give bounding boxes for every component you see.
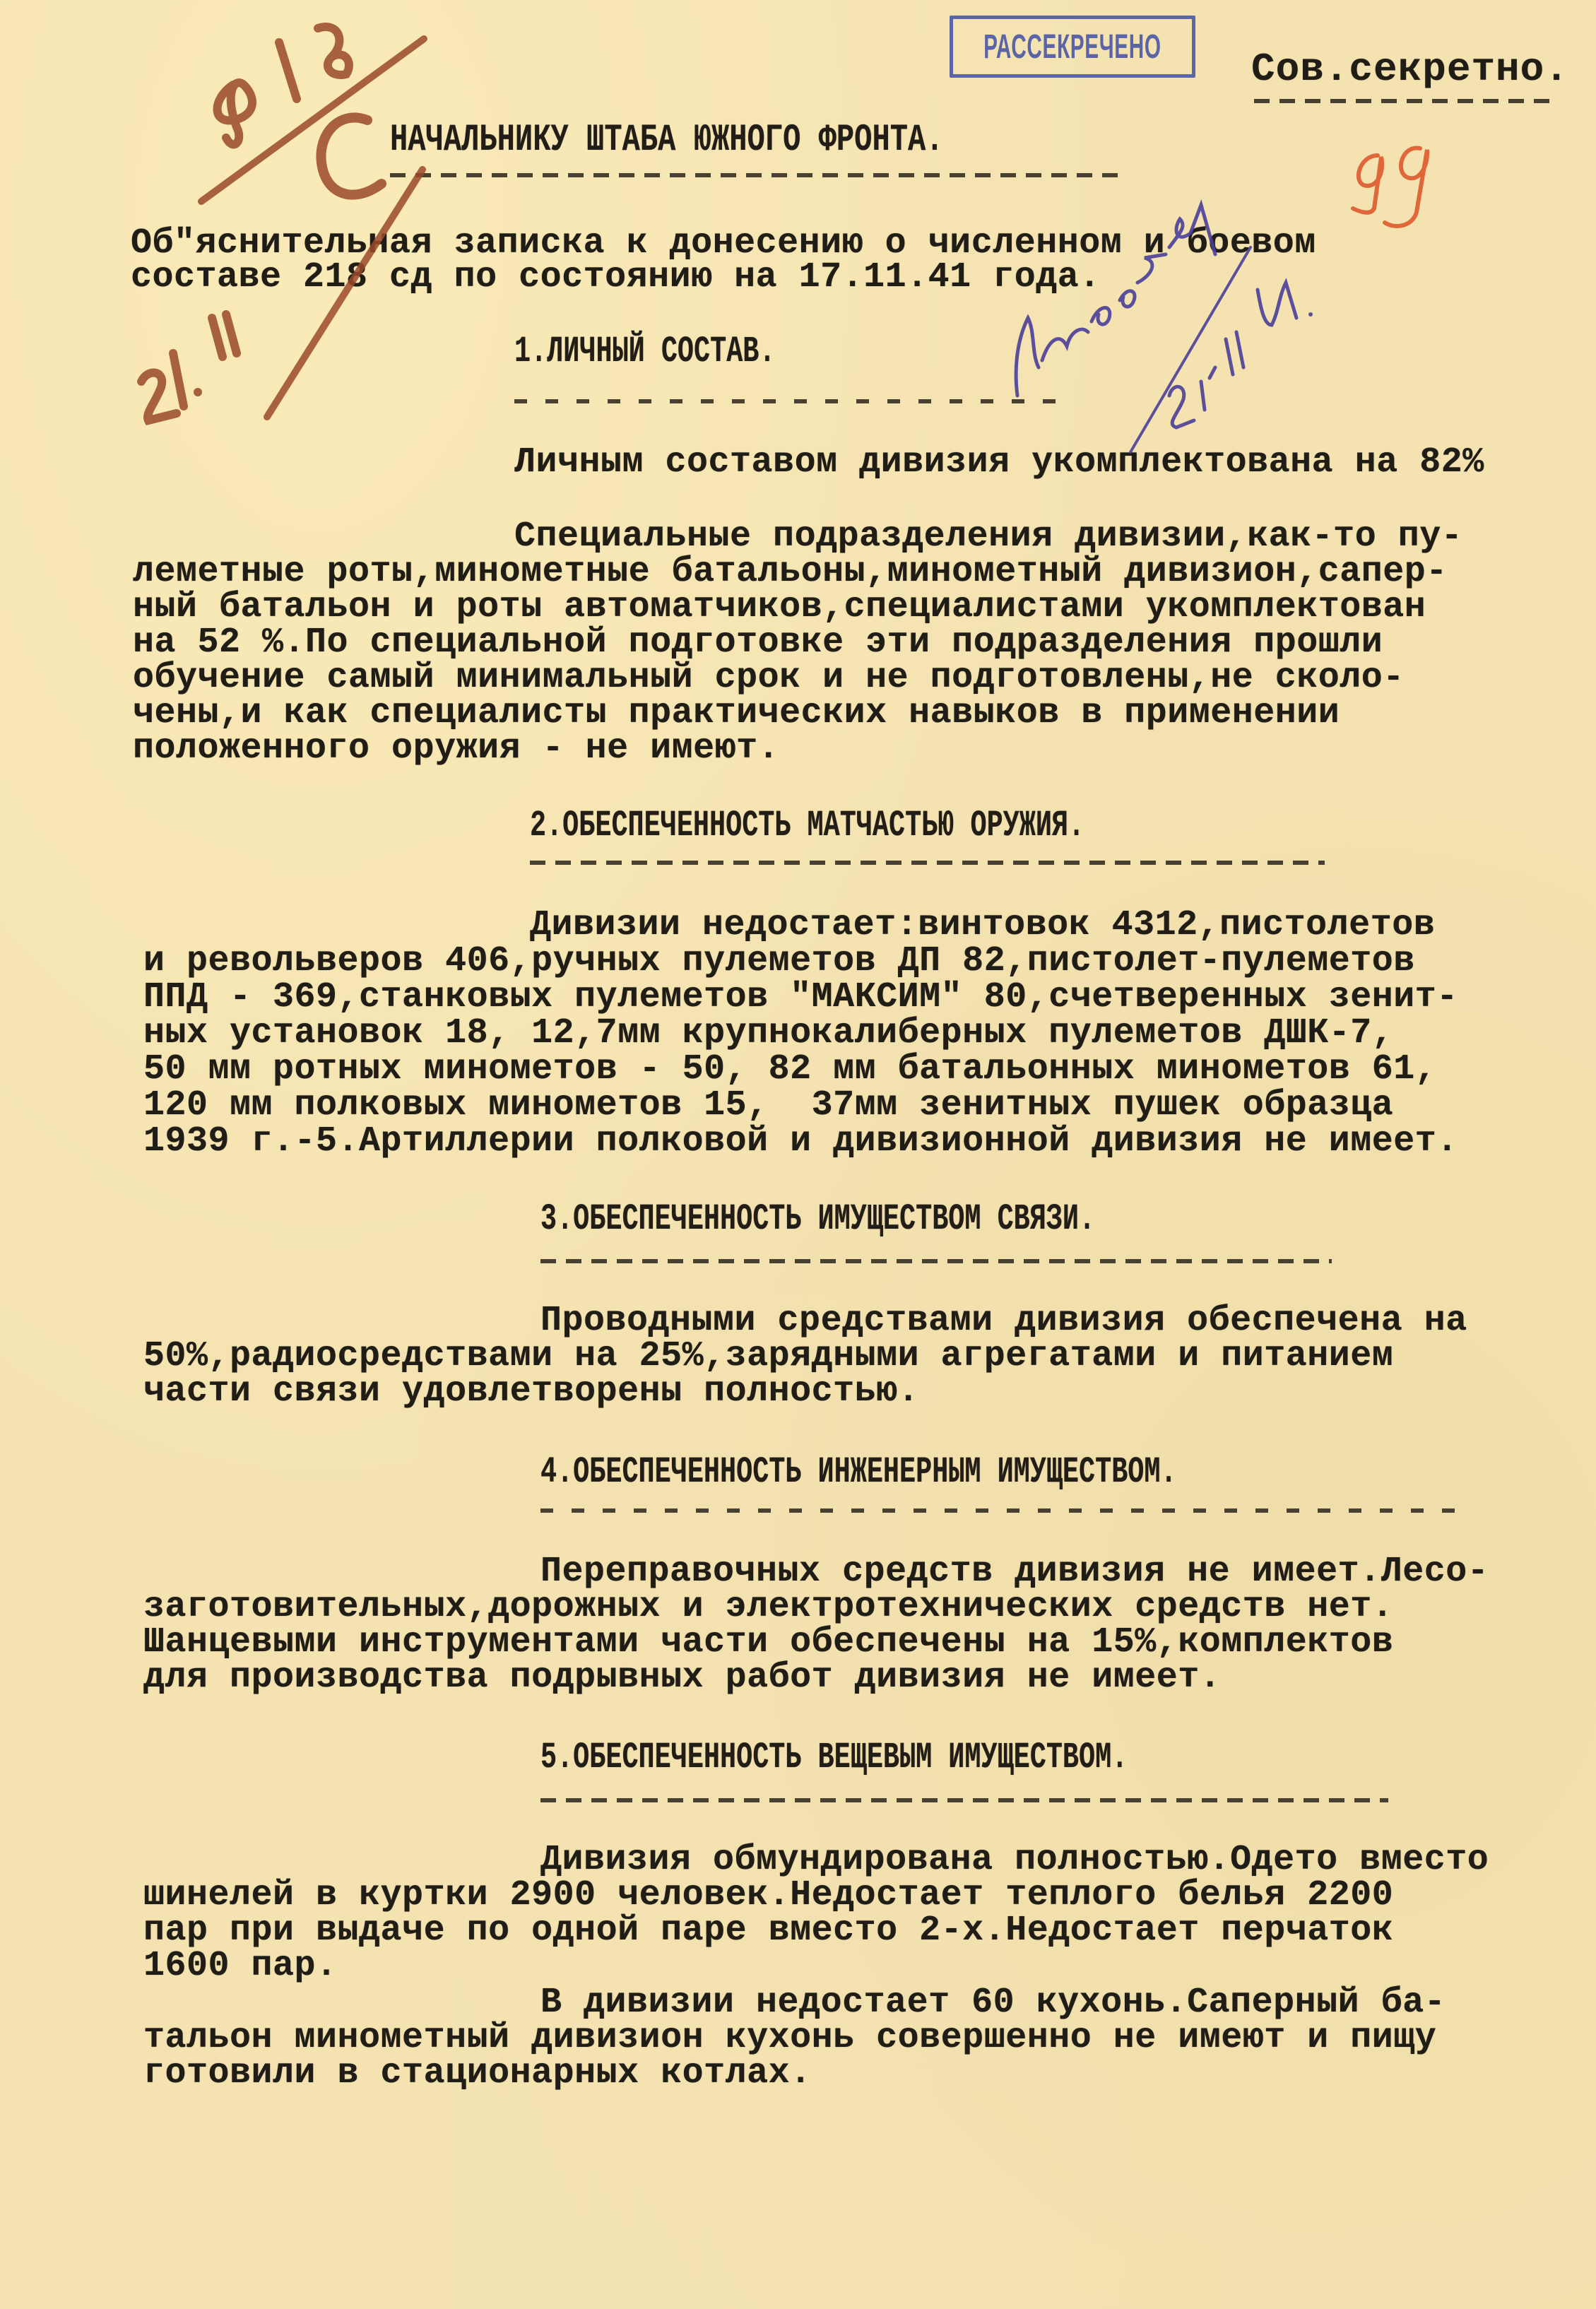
pencil-margin-date-mark bbox=[141, 314, 237, 420]
section-heading-underline bbox=[540, 1508, 1459, 1513]
body-text-line: для производства подрывных работ дивизия… bbox=[143, 1660, 1221, 1696]
body-text-line: 120 мм полковых минометов 15, 37мм зенит… bbox=[143, 1088, 1393, 1123]
body-text-line: В дивизии недостает 60 кухонь.Саперный б… bbox=[540, 1985, 1446, 2021]
body-text-line: 50%,радиосредствами на 25%,зарядными агр… bbox=[143, 1339, 1393, 1374]
body-text-line: готовили в стационарных котлах. bbox=[143, 2056, 812, 2091]
body-text-line: 50 мм ротных минометов - 50, 82 мм батал… bbox=[143, 1052, 1436, 1087]
intro-line-2: составе 218 сд по состоянию на 17.11.41 … bbox=[131, 260, 1101, 295]
body-text-line: Переправочных средств дивизия не имеет.Л… bbox=[540, 1554, 1489, 1590]
addressee-title: НАЧАЛЬНИКУ ШТАБА ЮЖНОГО ФРОНТА. bbox=[390, 122, 944, 160]
body-text-line: части связи удовлетворены полностью. bbox=[143, 1374, 919, 1410]
intro-line-1: Об"яснительная записка к донесению о чис… bbox=[131, 226, 1316, 261]
body-text-line: ный батальон и роты автоматчиков,специал… bbox=[133, 590, 1426, 625]
classification-underline bbox=[1254, 99, 1554, 103]
body-text-line: пар при выдаче по одной паре вместо 2-х.… bbox=[143, 1913, 1393, 1949]
body-text-line: ных установок 18, 12,7мм крупнокалиберны… bbox=[143, 1016, 1393, 1051]
body-text-line: обучение самый минимальный срок и не под… bbox=[133, 661, 1405, 696]
body-text-line: Дивизия обмундирована полностью.Одето вм… bbox=[540, 1843, 1489, 1878]
body-text-line: Личным составом дивизия укомплектована н… bbox=[514, 445, 1484, 480]
section-heading: 4.ОБЕСПЕЧЕННОСТЬ ИНЖЕНЕРНЫМ ИМУЩЕСТВОМ. bbox=[540, 1454, 1177, 1491]
addressee-underline bbox=[390, 173, 1121, 177]
body-text-line: и револьверов 406,ручных пулеметов ДП 82… bbox=[143, 944, 1415, 979]
body-text-line: ППД - 369,станковых пулеметов "МАКСИМ" 8… bbox=[143, 980, 1458, 1015]
body-text-line: 1939 г.-5.Артиллерии полковой и дивизион… bbox=[143, 1124, 1458, 1159]
declassified-stamp: РАССЕКРЕЧЕНО bbox=[950, 16, 1195, 78]
section-heading-underline bbox=[514, 399, 1065, 403]
body-text-line: шинелей в куртки 2900 человек.Недостает … bbox=[143, 1878, 1393, 1913]
body-text-line: тальон минометный дивизион кухонь соверш… bbox=[143, 2021, 1436, 2056]
section-heading: 5.ОБЕСПЕЧЕННОСТЬ ВЕЩЕВЫМ ИМУЩЕСТВОМ. bbox=[540, 1740, 1128, 1776]
body-text-line: положенного оружия - не имеют. bbox=[133, 731, 779, 767]
body-text-line: Проводными средствами дивизия обеспечена… bbox=[540, 1304, 1467, 1339]
body-text-line: чены,и как специалисты практических навы… bbox=[133, 696, 1340, 731]
section-heading-underline bbox=[540, 1798, 1388, 1802]
pencil-number-818-mark bbox=[201, 27, 424, 417]
body-text-line: на 52 %.По специальной подготовке эти по… bbox=[133, 625, 1383, 661]
section-heading: 1.ЛИЧНЫЙ СОСТАВ. bbox=[514, 333, 775, 370]
stamp-label: РАССЕКРЕЧЕНО bbox=[983, 28, 1161, 66]
section-heading-underline bbox=[530, 861, 1325, 865]
body-text-line: заготовительных,дорожных и электротехнич… bbox=[143, 1590, 1393, 1625]
section-heading: 3.ОБЕСПЕЧЕННОСТЬ ИМУЩЕСТВОМ СВЯЗИ. bbox=[540, 1201, 1095, 1238]
body-text-line: 1600 пар. bbox=[143, 1949, 338, 1984]
page-number-99-mark bbox=[1353, 148, 1427, 226]
body-text-line: Специальные подразделения дивизии,как-то… bbox=[514, 519, 1462, 555]
body-text-line: Шанцевыми инструментами части обеспечены… bbox=[143, 1625, 1393, 1660]
section-heading: 2.ОБЕСПЕЧЕННОСТЬ МАТЧАСТЬЮ ОРУЖИЯ. bbox=[530, 808, 1084, 844]
body-text-line: леметные роты,минометные батальоны,мином… bbox=[133, 555, 1448, 590]
section-heading-underline bbox=[540, 1259, 1332, 1263]
body-text-line: Дивизии недостает:винтовок 4312,пистолет… bbox=[530, 908, 1435, 943]
classification-mark: Сов.секретно. bbox=[1251, 49, 1569, 89]
